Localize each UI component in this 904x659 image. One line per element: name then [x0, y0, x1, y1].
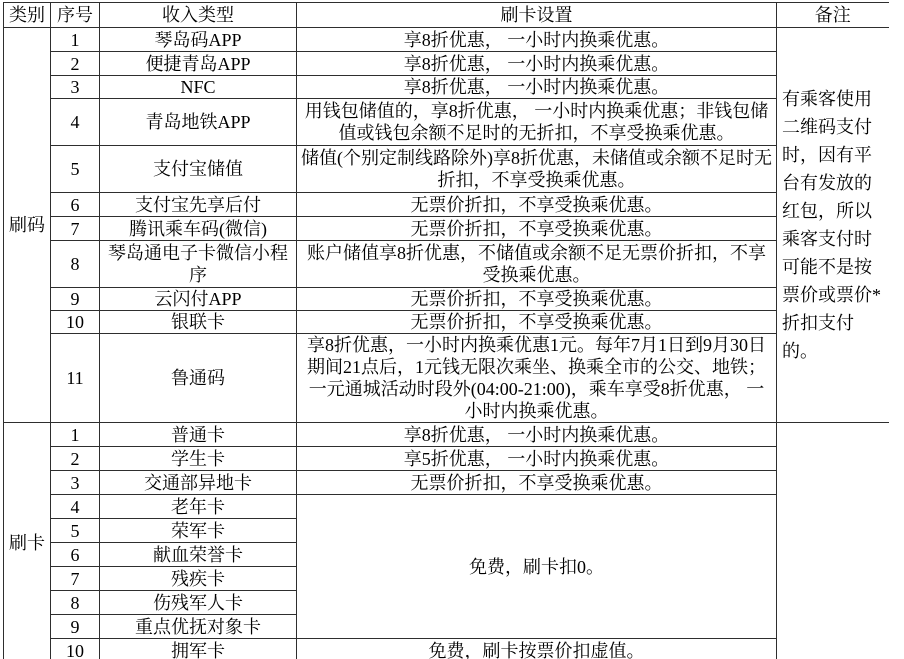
table-row: 4 老年卡 免费，刷卡扣0。: [4, 495, 889, 519]
row-number-cell: 5: [51, 146, 100, 193]
table-row: 3 NFC 享8折优惠， 一小时内换乘优惠。: [4, 76, 889, 99]
income-type-cell: 支付宝先享后付: [100, 193, 297, 217]
income-type-cell: 献血荣誉卡: [100, 543, 297, 567]
row-number-cell: 2: [51, 52, 100, 76]
income-type-cell: 鲁通码: [100, 334, 297, 423]
setting-cell: 无票价折扣，不享受换乘优惠。: [297, 193, 777, 217]
table-row: 4 青岛地铁APP 用钱包储值的，享8折优惠， 一小时内换乘优惠；非钱包储值或钱…: [4, 99, 889, 146]
row-number-cell: 6: [51, 193, 100, 217]
income-type-cell: 伤残军人卡: [100, 591, 297, 615]
table-row: 11 鲁通码 享8折优惠，一小时内换乘优惠1元。每年7月1日到9月30日期间21…: [4, 334, 889, 423]
setting-cell: 无票价折扣，不享受换乘优惠。: [297, 288, 777, 311]
category-cell-card: 刷卡: [4, 423, 51, 659]
header-swipe-setting: 刷卡设置: [297, 3, 777, 28]
row-number-cell: 11: [51, 334, 100, 423]
table-row: 9 云闪付APP 无票价折扣，不享受换乘优惠。: [4, 288, 889, 311]
income-type-cell: 琴岛码APP: [100, 28, 297, 52]
income-type-cell: 青岛地铁APP: [100, 99, 297, 146]
income-type-cell: 琴岛通电子卡微信小程序: [100, 241, 297, 288]
table-row: 6 支付宝先享后付 无票价折扣，不享受换乘优惠。: [4, 193, 889, 217]
header-income-type: 收入类型: [100, 3, 297, 28]
income-type-cell: 交通部异地卡: [100, 471, 297, 495]
table-row: 2 学生卡 享5折优惠， 一小时内换乘优惠。: [4, 447, 889, 471]
income-type-cell: 腾讯乘车码(微信): [100, 217, 297, 241]
row-number-cell: 7: [51, 567, 100, 591]
income-type-cell: 支付宝储值: [100, 146, 297, 193]
income-type-cell: 银联卡: [100, 311, 297, 334]
setting-cell: 账户储值享8折优惠，不储值或余额不足无票价折扣，不享受换乘优惠。: [297, 241, 777, 288]
income-type-cell: 荣军卡: [100, 519, 297, 543]
income-type-cell: 学生卡: [100, 447, 297, 471]
setting-cell: 享8折优惠， 一小时内换乘优惠。: [297, 28, 777, 52]
row-number-cell: 3: [51, 471, 100, 495]
row-number-cell: 2: [51, 447, 100, 471]
income-type-cell: 拥军卡: [100, 639, 297, 659]
fare-rules-table: 类别 序号 收入类型 刷卡设置 备注 刷码 1 琴岛码APP 享8折优惠， 一小…: [3, 2, 889, 659]
row-number-cell: 8: [51, 591, 100, 615]
row-number-cell: 1: [51, 28, 100, 52]
category-cell-scan: 刷码: [4, 28, 51, 423]
header-category: 类别: [4, 3, 51, 28]
income-type-cell: NFC: [100, 76, 297, 99]
note-cell-card: [777, 423, 889, 659]
row-number-cell: 9: [51, 288, 100, 311]
table-row: 7 腾讯乘车码(微信) 无票价折扣，不享受换乘优惠。: [4, 217, 889, 241]
income-type-cell: 重点优抚对象卡: [100, 615, 297, 639]
setting-cell: 免费，刷卡按票价扣虚值。: [297, 639, 777, 659]
row-number-cell: 4: [51, 99, 100, 146]
income-type-cell: 老年卡: [100, 495, 297, 519]
row-number-cell: 8: [51, 241, 100, 288]
row-number-cell: 1: [51, 423, 100, 447]
row-number-cell: 5: [51, 519, 100, 543]
row-number-cell: 7: [51, 217, 100, 241]
setting-cell-merged-free: 免费，刷卡扣0。: [297, 495, 777, 639]
income-type-cell: 便捷青岛APP: [100, 52, 297, 76]
row-number-cell: 10: [51, 311, 100, 334]
setting-cell: 享8折优惠， 一小时内换乘优惠。: [297, 76, 777, 99]
row-number-cell: 6: [51, 543, 100, 567]
header-remark: 备注: [777, 3, 889, 28]
setting-cell: 储值(个别定制线路除外)享8折优惠，未储值或余额不足时无折扣，不享受换乘优惠。: [297, 146, 777, 193]
setting-cell: 无票价折扣，不享受换乘优惠。: [297, 217, 777, 241]
table-row: 5 支付宝储值 储值(个别定制线路除外)享8折优惠，未储值或余额不足时无折扣，不…: [4, 146, 889, 193]
table-row: 刷卡 1 普通卡 享8折优惠， 一小时内换乘优惠。: [4, 423, 889, 447]
setting-cell: 无票价折扣，不享受换乘优惠。: [297, 311, 777, 334]
setting-cell: 享8折优惠，一小时内换乘优惠1元。每年7月1日到9月30日期间21点后，1元钱无…: [297, 334, 777, 423]
income-type-cell: 云闪付APP: [100, 288, 297, 311]
row-number-cell: 3: [51, 76, 100, 99]
setting-cell: 享8折优惠， 一小时内换乘优惠。: [297, 52, 777, 76]
row-number-cell: 4: [51, 495, 100, 519]
setting-cell: 享5折优惠， 一小时内换乘优惠。: [297, 447, 777, 471]
table-row: 3 交通部异地卡 无票价折扣，不享受换乘优惠。: [4, 471, 889, 495]
income-type-cell: 普通卡: [100, 423, 297, 447]
table-row: 8 琴岛通电子卡微信小程序 账户储值享8折优惠，不储值或余额不足无票价折扣，不享…: [4, 241, 889, 288]
table-row: 2 便捷青岛APP 享8折优惠， 一小时内换乘优惠。: [4, 52, 889, 76]
setting-cell: 无票价折扣，不享受换乘优惠。: [297, 471, 777, 495]
table-row: 10 银联卡 无票价折扣，不享受换乘优惠。: [4, 311, 889, 334]
row-number-cell: 9: [51, 615, 100, 639]
row-number-cell: 10: [51, 639, 100, 659]
table-row: 10 拥军卡 免费，刷卡按票价扣虚值。: [4, 639, 889, 659]
header-row: 类别 序号 收入类型 刷卡设置 备注: [4, 3, 889, 28]
table-row: 刷码 1 琴岛码APP 享8折优惠， 一小时内换乘优惠。 有乘客使用二维码支付时…: [4, 28, 889, 52]
setting-cell: 用钱包储值的，享8折优惠， 一小时内换乘优惠；非钱包储值或钱包余额不足时的无折扣…: [297, 99, 777, 146]
income-type-cell: 残疾卡: [100, 567, 297, 591]
note-cell-scan: 有乘客使用二维码支付时，因有平台有发放的红包，所以乘客支付时可能不是按票价或票价…: [777, 28, 889, 423]
header-number: 序号: [51, 3, 100, 28]
setting-cell: 享8折优惠， 一小时内换乘优惠。: [297, 423, 777, 447]
